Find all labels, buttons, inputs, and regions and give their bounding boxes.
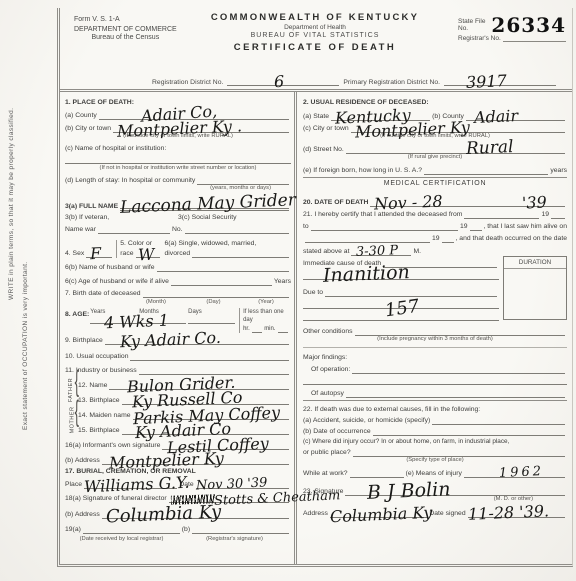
year-19-b: 19 — [460, 223, 468, 231]
accident-suicide-label: (a) Accident, suicide, or homicide (spec… — [303, 417, 430, 425]
certificate-title: CERTIFICATE OF DEATH — [190, 42, 440, 53]
director-address-field: Columbia Ky — [102, 510, 289, 519]
social-security-label: 3(c) Social Security — [178, 214, 237, 222]
vital-statistics: BUREAU OF VITAL STATISTICS — [190, 32, 440, 39]
county-label: (a) County — [65, 112, 97, 120]
certify-to-label: to — [303, 223, 309, 231]
father-birthplace-label: 13. Birthplace — [78, 397, 120, 405]
brace-glyph — [75, 393, 79, 428]
director-address-value: Columbia Ky — [105, 507, 221, 522]
registrar-no-label: Registrar's No. — [458, 35, 501, 42]
immediate-cause-line2: Inanition — [303, 268, 499, 280]
immediate-cause-label: Immediate cause of death — [303, 260, 381, 268]
registrar-receipt-label: 19(a) — [65, 526, 81, 534]
last-saw-year-field — [442, 234, 454, 243]
residence-county-field: Adair — [466, 112, 565, 121]
name-war-field — [98, 225, 170, 234]
margin-note-left-2: Exact statement of OCCUPATION is very im… — [22, 262, 29, 431]
birth-date-field — [143, 289, 289, 298]
duration-box: DURATION — [503, 256, 567, 320]
length-of-stay-label: (d) Length of stay: In hospital or commu… — [65, 177, 195, 185]
state-file-number-stamp: 26334 — [491, 18, 566, 32]
of-operation-label: Of operation: — [311, 366, 350, 374]
less-than-day-caption: If less than one day — [243, 308, 290, 324]
marital-label-1: 6(a) Single, widowed, married, — [165, 240, 291, 248]
mother-group: MOTHER 14. Maiden name Parkis May Coffey… — [65, 405, 291, 435]
certificate-form: Form V. S. 1-A DEPARTMENT OF COMMERCE Bu… — [57, 8, 573, 567]
immediate-cause-value: Inanition — [322, 267, 409, 281]
injury-location-line2: or public place? — [303, 449, 351, 457]
father-group: FATHER 12. Name Bulon Grider. 13. Birthp… — [65, 375, 291, 405]
primary-district-label: Primary Registration District No. — [343, 79, 440, 86]
occupation-label: 10. Usual occupation — [65, 353, 128, 361]
residence-city-label: (c) City or town — [303, 125, 349, 133]
attended-to-field — [311, 222, 458, 231]
registration-line: Registration District No. 6 Primary Regi… — [60, 66, 572, 88]
residence-county-label: (b) County — [432, 113, 464, 121]
md-or-other-caption: (M. D. or other) — [303, 496, 567, 504]
occupation-field — [130, 352, 289, 361]
of-operation-field — [352, 365, 565, 374]
injury-location-field — [353, 448, 565, 457]
other-conditions-label: Other conditions — [303, 328, 353, 336]
reg-district-field: 6 — [227, 77, 339, 86]
last-saw-date-field — [305, 234, 430, 243]
margin-note-left: WRITE in plain terms, so that it may be … — [8, 108, 15, 300]
sex-label: 4. Sex — [65, 250, 84, 258]
min-caption: min. — [264, 325, 275, 333]
county-field: Adair Co, — [99, 111, 289, 120]
primary-district-field: 3917 — [444, 77, 556, 86]
industry-field — [139, 366, 289, 375]
means-of-injury-label: (e) Means of injury — [406, 470, 462, 478]
due-to-line2: 157 — [303, 297, 499, 309]
age-less-than-day-cell: If less than one day hr. min. — [239, 308, 290, 333]
burial-date-field: Nov 30 '39 — [196, 480, 289, 489]
scribble-mark — [170, 494, 214, 505]
bureau-name: Bureau of the Census — [74, 34, 177, 43]
burial-date-label: Date — [179, 481, 193, 489]
foreign-born-field — [424, 166, 548, 175]
informant-address-field: Montpelier Ky — [102, 456, 289, 465]
date-of-death-field: Nov - 28 '39 — [370, 198, 565, 207]
age-years-field: 4 Wks 1 — [90, 316, 137, 324]
age-days-field — [188, 316, 235, 324]
while-at-work-field — [350, 469, 404, 478]
primary-district-value: 3917 — [466, 76, 507, 88]
hospital-field — [65, 153, 291, 164]
father-name-label: 12. Name — [78, 382, 107, 390]
other-conditions-field — [355, 327, 566, 336]
physician-address-field: Columbia Ky — [330, 509, 427, 518]
registrar-no-blank — [503, 34, 566, 42]
of-operation-line2 — [303, 374, 567, 385]
mother-name-field: Parkis May Coffey — [133, 411, 289, 420]
age-months-caption: Months — [139, 308, 186, 316]
birth-day-caption: (Day) — [186, 299, 241, 306]
full-name-field: Laccona May Grider — [120, 198, 289, 211]
color-race-label-1: 5. Color or — [120, 240, 161, 248]
informant-signature-field: Lestil Coffey — [162, 441, 289, 450]
other-conditions-instruction: (Include pregnancy within 3 months of de… — [303, 336, 567, 345]
meridiem-label: M. — [413, 248, 421, 256]
street-no-label: (d) Street No. — [303, 146, 344, 154]
reg-district-value: 6 — [274, 77, 285, 87]
hospital-label: (c) Name of hospital or institution: — [65, 145, 166, 153]
husband-wife-age-field — [171, 277, 272, 286]
birth-month-caption: (Month) — [126, 299, 186, 306]
major-findings-label: Major findings: — [303, 354, 347, 362]
residence-city-instruction: (If outside city or town limits, write R… — [303, 133, 567, 141]
birth-year-caption: (Year) — [241, 299, 291, 306]
department-name: DEPARTMENT OF COMMERCE — [74, 26, 177, 35]
city-town-label: (b) City or town — [65, 125, 111, 133]
duration-caption: DURATION — [504, 257, 566, 269]
medical-certification-heading: MEDICAL CERTIFICATION — [303, 180, 567, 192]
min-field — [278, 324, 288, 333]
physician-address-value: Columbia Ky — [330, 508, 433, 522]
death-certificate-scan: WRITE in plain terms, so that it may be … — [0, 0, 576, 581]
marital-label-2: divorced — [165, 250, 191, 258]
father-birthplace-field: Ky Russell Co — [122, 396, 289, 405]
injury-location-line1: (c) Where did injury occur? In or about … — [303, 438, 509, 446]
section-divider — [303, 177, 567, 178]
mother-birthplace-field: Ky Adair Co — [122, 426, 289, 435]
color-race-label-2: race — [120, 250, 133, 258]
full-name-label: 3(a) FULL NAME — [65, 203, 118, 211]
father-name-field: Bulon Grider. — [109, 381, 289, 390]
county-value: Adair Co, — [140, 106, 217, 121]
registrar-signature-field — [192, 525, 289, 534]
hr-caption: hr. — [243, 325, 250, 333]
informant-address-label: (b) Address — [65, 457, 100, 465]
reg-district-label: Registration District No. — [152, 79, 223, 86]
color-race-field: W — [136, 249, 160, 258]
registrar-sig-b-label: (b) — [182, 526, 190, 534]
attended-from-field — [464, 210, 539, 219]
hospital-instruction: (If not in hospital or institution write… — [65, 164, 291, 174]
age-months-field — [139, 316, 186, 324]
husband-wife-name-field — [157, 263, 289, 272]
street-no-value: Rural — [466, 142, 514, 154]
due-to-field — [325, 288, 497, 297]
residence-city-field: Montpelier Ky — [351, 124, 565, 133]
year-19-c: 19 — [432, 235, 440, 243]
due-to-line3 — [303, 309, 499, 321]
birthplace-label: 9. Birthplace — [65, 337, 103, 345]
physician-signature-label: 23. Signature — [303, 488, 343, 496]
physician-signature-field: B J Bolin — [345, 487, 565, 496]
cause-of-death-area: DURATION Immediate cause of death Inanit… — [303, 256, 567, 321]
physician-address-label: Address — [303, 510, 328, 518]
date-of-death-year: '39 — [522, 197, 547, 208]
occurrence-date-field — [373, 427, 565, 436]
birth-date-label: 7. Birth date of deceased — [65, 290, 141, 298]
city-town-instruction: (If outside city or town limits, write R… — [65, 133, 291, 141]
title-block: COMMONWEALTH OF KENTUCKY Department of H… — [190, 12, 440, 53]
last-saw-alive-text: , that I last saw him alive on — [484, 223, 568, 231]
residence-state-label: (a) State — [303, 113, 329, 121]
years-suffix: Years — [274, 278, 291, 286]
accident-suicide-field — [432, 416, 565, 425]
foreign-born-suffix: years — [550, 167, 567, 175]
registrar-receipt-date-field — [83, 525, 180, 534]
date-signed-field: 11-28 '39. — [468, 509, 565, 518]
form-header: Form V. S. 1-A DEPARTMENT OF COMMERCE Bu… — [60, 8, 572, 66]
residence-state-field: Kentucky — [331, 112, 430, 121]
dept-health: Department of Health — [190, 24, 440, 31]
section-divider-2 — [303, 400, 567, 401]
street-no-field: Rural — [346, 145, 565, 154]
age-months-cell: Months — [139, 308, 186, 324]
file-number-block: State File No. 26334 Registrar's No. — [458, 18, 566, 42]
funeral-director-label: 18(a) Signature of funeral director — [65, 495, 167, 503]
ss-no-label: No. — [172, 226, 183, 234]
marital-field — [192, 249, 289, 258]
name-war-label: Name war — [65, 226, 96, 234]
while-at-work-label: While at work? — [303, 470, 348, 478]
occurrence-date-label: (b) Date of occurrence — [303, 428, 371, 436]
mother-name-label: 14. Maiden name — [78, 412, 131, 420]
sex-value: F — [90, 249, 102, 259]
informant-signature-label: 16(a) Informant's own signature — [65, 442, 160, 450]
immediate-cause-field — [383, 259, 497, 268]
registrar-receipt-caption: (Date received by local registrar) — [65, 536, 178, 543]
age-label: 8. AGE: — [65, 308, 89, 319]
sex-field: F — [86, 249, 112, 258]
age-years-caption: Years — [90, 308, 137, 316]
date-of-death-label: 20. DATE OF DEATH — [303, 199, 368, 207]
age-years-cell: Years 4 Wks 1 — [90, 308, 137, 324]
city-town-field: Montpelier Ky . — [113, 124, 289, 133]
burial-place-field: Williams G.Y. — [84, 480, 177, 489]
date-signed-label: Date signed — [429, 510, 465, 518]
attended-to-year-field — [470, 222, 482, 231]
year-19-a: 19 — [541, 211, 549, 219]
physician-signature-value: B J Bolin — [367, 484, 451, 498]
of-autopsy-field — [346, 389, 565, 398]
veteran-label: 3(b) If veteran, — [65, 214, 178, 222]
funeral-director-field: Stotts & Cheatham — [169, 494, 289, 503]
place-of-death-heading: 1. PLACE OF DEATH: — [65, 99, 134, 107]
date-signed-value: 11-28 '39. — [467, 506, 548, 520]
left-column: 1. PLACE OF DEATH: (a) County Adair Co, … — [60, 92, 294, 565]
state-file-label: State File No. — [458, 18, 489, 32]
agency-block: Form V. S. 1-A DEPARTMENT OF COMMERCE Bu… — [74, 16, 177, 43]
means-of-injury-value: 1962 — [499, 467, 544, 479]
injury-location-caption: (Specify type of place) — [303, 457, 567, 465]
form-number: Form V. S. 1-A — [74, 16, 177, 25]
death-time-field: 3-30 P — [351, 247, 411, 256]
burial-place-label: Place — [65, 481, 82, 489]
certify-line1: 21. I hereby certify that I attended the… — [303, 211, 462, 219]
father-side-label: FATHER — [68, 378, 74, 402]
means-of-injury-field: 1962 — [464, 469, 565, 478]
usual-residence-heading: 2. USUAL RESIDENCE OF DECEASED: — [303, 99, 429, 107]
husband-wife-age-label: 6(c) Age of husband or wife if alive — [65, 278, 169, 286]
attended-from-year-field — [551, 210, 565, 219]
director-address-label: (b) Address — [65, 511, 100, 519]
external-causes-heading: 22. If death was due to external causes,… — [303, 406, 480, 414]
length-of-stay-field — [197, 176, 289, 185]
registrar-signature-caption: (Registrar's signature) — [178, 536, 291, 543]
due-to-label: Due to — [303, 289, 323, 297]
husband-wife-name-label: 6(b) Name of husband or wife — [65, 264, 155, 272]
age-days-cell: Days — [188, 308, 235, 324]
right-column: 2. USUAL RESIDENCE OF DECEASED: (a) Stat… — [294, 92, 572, 565]
length-of-stay-units: (years, months or days) — [65, 185, 291, 194]
age-days-caption: Days — [188, 308, 235, 316]
mother-birthplace-label: 15. Birthplace — [78, 427, 120, 435]
burial-heading: 17. BURIAL, CREMATION, OR REMOVAL — [65, 468, 196, 476]
full-name-value: Laccona May Grider — [120, 195, 296, 213]
stated-above-label: stated above at — [303, 248, 349, 256]
of-autopsy-label: Of autopsy — [311, 390, 344, 398]
foreign-born-label: (e) If foreign born, how long in U. S. A… — [303, 167, 422, 175]
commonwealth-title: COMMONWEALTH OF KENTUCKY — [190, 12, 440, 23]
death-occurred-text: , and that death occurred on the date — [456, 235, 567, 243]
ss-no-field — [185, 225, 289, 234]
hr-field — [252, 324, 262, 333]
birthplace-field: Ky Adair Co. — [105, 336, 289, 345]
street-no-instruction: (If rural give precinct) — [303, 154, 567, 162]
